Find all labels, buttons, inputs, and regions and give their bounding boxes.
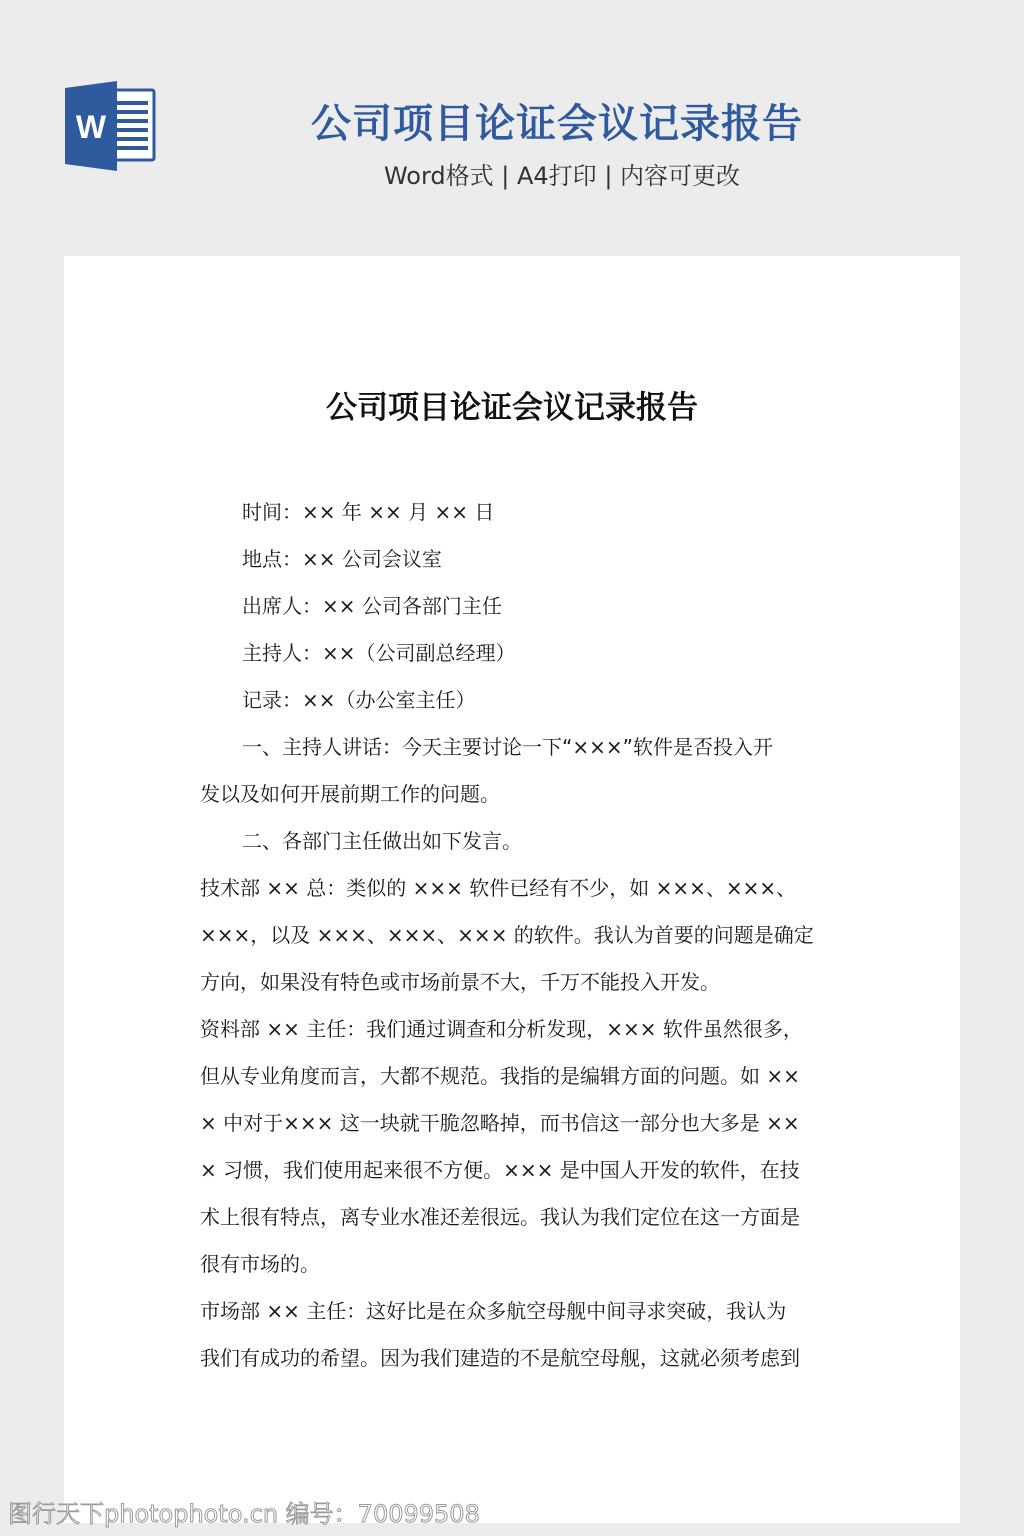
paragraph-line: × 习惯，我们使用起来很不方便。××× 是中国人开发的软件，在技: [200, 1147, 828, 1194]
paragraph-line: 很有市场的。: [200, 1241, 828, 1288]
paragraph-line: 发以及如何开展前期工作的问题。: [200, 771, 828, 818]
meeting-time: 时间：×× 年 ×× 月 ×× 日: [200, 489, 828, 536]
paragraph-line: 一、主持人讲话：今天主要讨论一下“×××”软件是否投入开: [200, 724, 828, 771]
paragraph-line: 资料部 ×× 主任：我们通过调查和分析发现，××× 软件虽然很多，: [200, 1006, 828, 1053]
meeting-host: 主持人：××（公司副总经理）: [200, 630, 828, 677]
document-page: 公司项目论证会议记录报告 时间：×× 年 ×× 月 ×× 日 地点：×× 公司会…: [64, 256, 960, 1523]
paragraph-line: 但从专业角度而言，大都不规范。我指的是编辑方面的问题。如 ××: [200, 1053, 828, 1100]
paragraph-line: ×××，以及 ×××、×××、××× 的软件。我认为首要的问题是确定: [200, 912, 828, 959]
banner-title: 公司项目论证会议记录报告: [0, 92, 1024, 149]
document-body: 时间：×× 年 ×× 月 ×× 日 地点：×× 公司会议室 出席人：×× 公司各…: [200, 489, 828, 1382]
paragraph-line: 术上很有特点，离专业水准还差很远。我认为我们定位在这一方面是: [200, 1194, 828, 1241]
meeting-location: 地点：×× 公司会议室: [200, 536, 828, 583]
meeting-recorder: 记录：××（办公室主任）: [200, 677, 828, 724]
paragraph-line: 我们有成功的希望。因为我们建造的不是航空母舰，这就必须考虑到: [200, 1335, 828, 1382]
paragraph-line: 技术部 ×× 总：类似的 ××× 软件已经有不少，如 ×××、×××、: [200, 865, 828, 912]
paragraph-line: 方向，如果没有特色或市场前景不大，千万不能投入开发。: [200, 959, 828, 1006]
paragraph-line: 二、各部门主任做出如下发言。: [200, 818, 828, 865]
document-title: 公司项目论证会议记录报告: [64, 382, 960, 427]
paragraph-line: 市场部 ×× 主任：这好比是在众多航空母舰中间寻求突破，我认为: [200, 1288, 828, 1335]
paragraph-line: × 中对于××× 这一块就干脆忽略掉，而书信这一部分也大多是 ××: [200, 1100, 828, 1147]
meeting-attendees: 出席人：×× 公司各部门主任: [200, 583, 828, 630]
banner-subtitle: Word格式 | A4打印 | 内容可更改: [0, 156, 1024, 191]
watermark: 图行天下photophoto.cn 编号：70099508: [8, 1494, 480, 1529]
